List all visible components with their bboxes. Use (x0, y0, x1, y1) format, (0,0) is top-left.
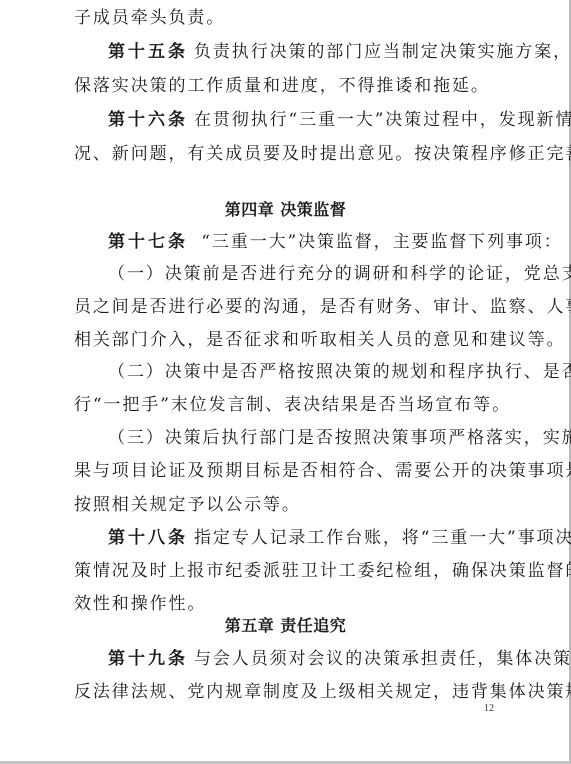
line-text: 保落实决策的工作质量和进度，不得推诿和拖延。 (74, 76, 490, 96)
line-text: 行“一把手”末位发言制、表决结果是否当场宣布等。 (74, 395, 511, 415)
line-text: （三）决策后执行部门是否按照决策事项严格落实，实施效 (108, 428, 571, 448)
body-line: 反法律法规、党内规章制度及上级相关规定，违背集体决策规则、 (74, 677, 514, 707)
body-line: 保落实决策的工作质量和进度，不得推诿和拖延。 (74, 71, 514, 101)
line-text: 策情况及时上报市纪委派驻卫计工委纪检组，确保决策监督的实 (74, 561, 571, 581)
line-text: 反法律法规、党内规章制度及上级相关规定，违背集体决策规则、 (74, 682, 571, 702)
body-line: 员之间是否进行必要的沟通，是否有财务、审计、监察、人事等 (74, 292, 514, 322)
line-text: 况、新问题，有关成员要及时提出意见。按决策程序修正完善。 (74, 144, 571, 164)
chapter-4-heading: 第四章 决策监督 (0, 195, 571, 225)
line-text: 指定专人记录工作台账，将“三重一大”事项决 (194, 528, 571, 548)
line-text: 与会人员须对会议的决策承担责任，集体决策违 (194, 649, 571, 669)
line-text: “三重一大”决策监督，主要监督下列事项： (194, 232, 563, 252)
article-18: 第十八条指定专人记录工作台账，将“三重一大”事项决 (74, 523, 514, 553)
line-text: （二）决策中是否严格按照决策的规划和程序执行、是否执 (108, 362, 571, 382)
line-text: 果与项目论证及预期目标是否相符合、需要公开的决策事项是否 (74, 461, 571, 481)
article-label: 第十九条 (108, 649, 188, 669)
line-text: 在贯彻执行“三重一大”决策过程中，发现新情 (194, 110, 571, 130)
body-line: 果与项目论证及预期目标是否相符合、需要公开的决策事项是否 (74, 456, 514, 486)
body-line: 子成员牵头负责。 (74, 3, 514, 33)
line-text: 子成员牵头负责。 (74, 8, 225, 28)
chapter-5-heading: 第五章 责任追究 (0, 611, 571, 641)
list-item-1: （一）决策前是否进行充分的调研和科学的论证，党总支委 (74, 259, 514, 289)
list-item-2: （二）决策中是否严格按照决策的规划和程序执行、是否执 (74, 357, 514, 387)
list-item-3: （三）决策后执行部门是否按照决策事项严格落实，实施效 (74, 423, 514, 453)
article-label: 第十六条 (108, 110, 188, 130)
body-line: 按照相关规定予以公示等。 (74, 490, 514, 520)
article-16: 第十六条在贯彻执行“三重一大”决策过程中，发现新情 (74, 105, 514, 135)
page-number: 12 (484, 703, 494, 714)
body-line: 相关部门介入，是否征求和听取相关人员的意见和建议等。 (74, 325, 514, 355)
body-line: 策情况及时上报市纪委派驻卫计工委纪检组，确保决策监督的实 (74, 556, 514, 586)
line-text: 负责执行决策的部门应当制定决策实施方案，确 (194, 42, 571, 62)
article-label: 第十七条 (108, 232, 188, 252)
article-15: 第十五条负责执行决策的部门应当制定决策实施方案，确 (74, 37, 514, 67)
line-text: 员之间是否进行必要的沟通，是否有财务、审计、监察、人事等 (74, 297, 571, 317)
document-page: 子成员牵头负责。 第十五条负责执行决策的部门应当制定决策实施方案，确 保落实决策… (0, 0, 571, 764)
article-19: 第十九条与会人员须对会议的决策承担责任，集体决策违 (74, 644, 514, 674)
line-text: （一）决策前是否进行充分的调研和科学的论证，党总支委 (108, 264, 571, 284)
line-text: 相关部门介入，是否征求和听取相关人员的意见和建议等。 (74, 330, 565, 350)
line-text: 按照相关规定予以公示等。 (74, 495, 301, 515)
article-label: 第十八条 (108, 528, 188, 548)
body-line: 况、新问题，有关成员要及时提出意见。按决策程序修正完善。 (74, 139, 514, 169)
body-line: 行“一把手”末位发言制、表决结果是否当场宣布等。 (74, 390, 514, 420)
article-17: 第十七条 “三重一大”决策监督，主要监督下列事项： (74, 227, 514, 257)
article-label: 第十五条 (108, 42, 188, 62)
